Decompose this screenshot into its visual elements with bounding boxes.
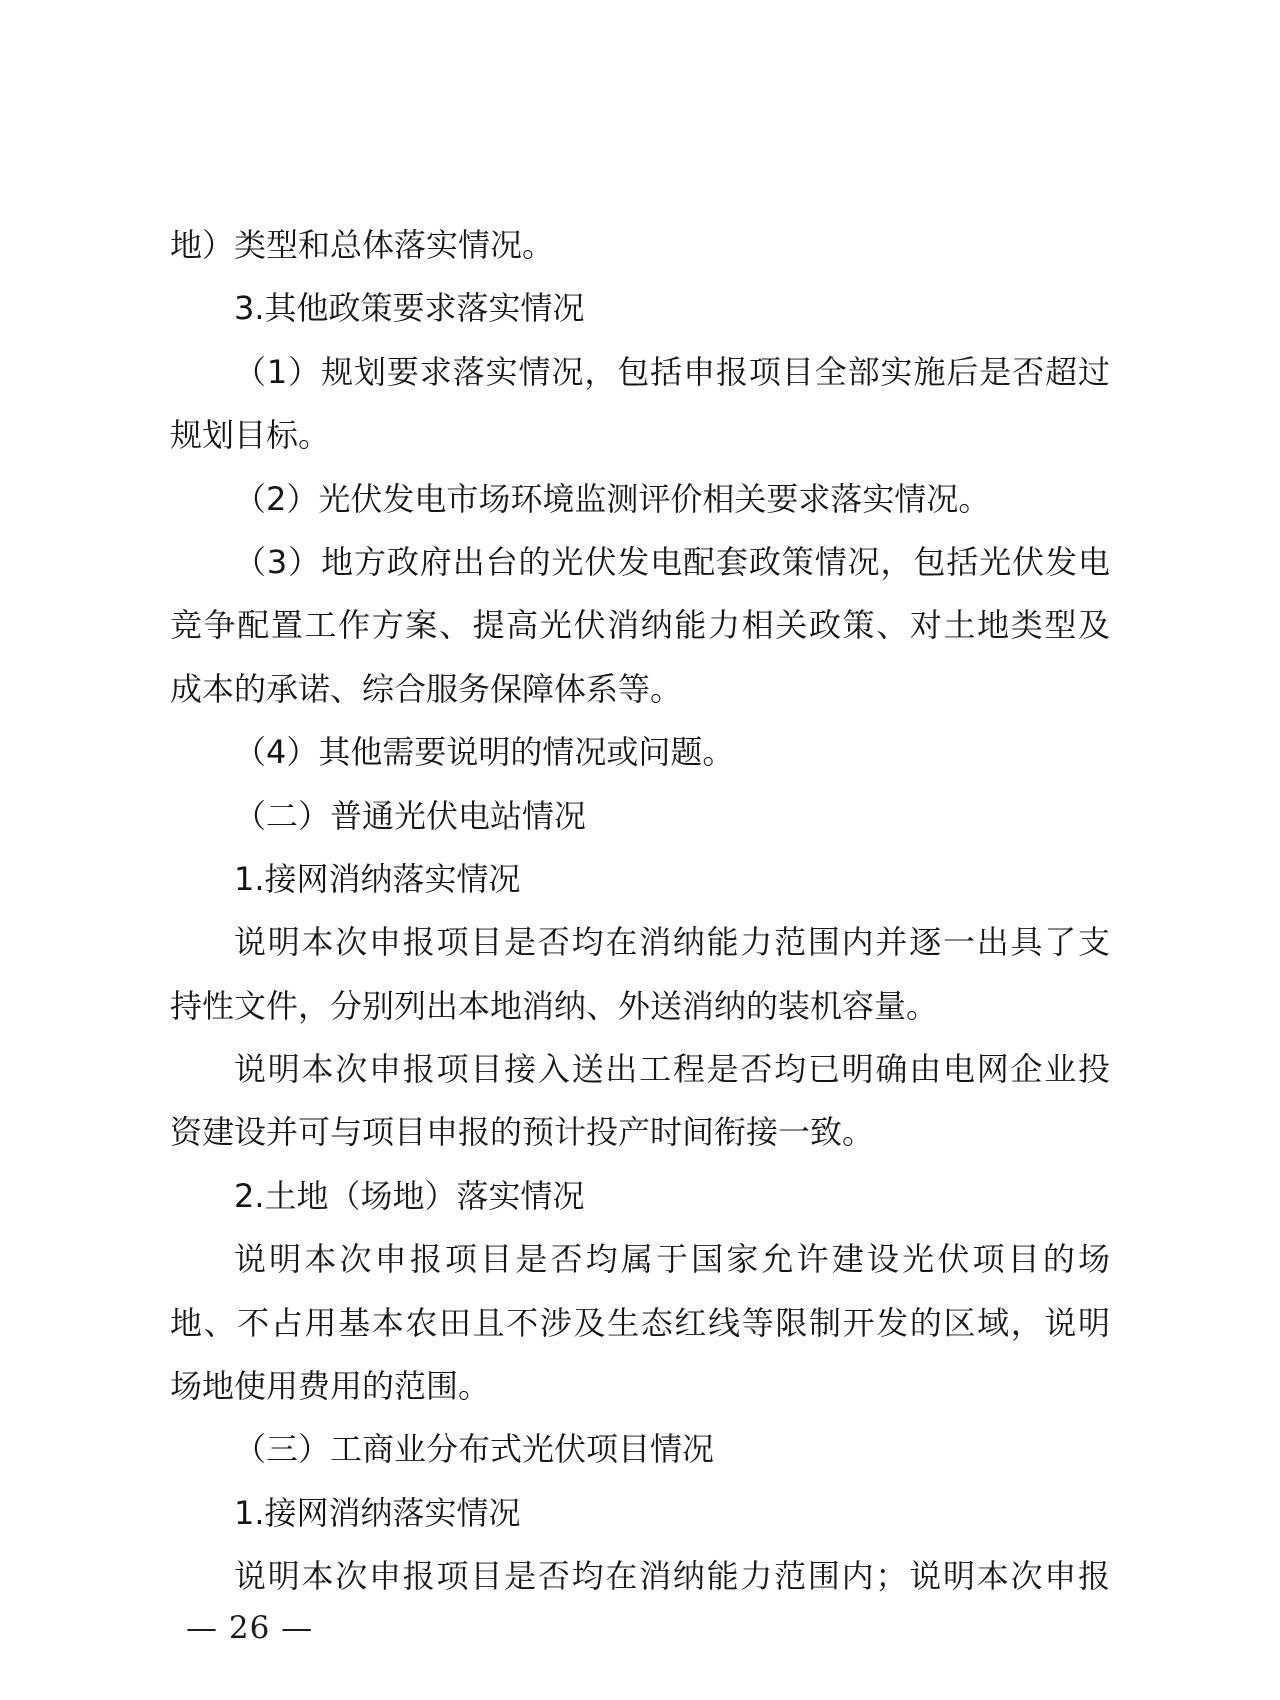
text-line: 3.其他政策要求落实情况	[170, 277, 1110, 340]
text-line: 成本的承诺、综合服务保障体系等。	[170, 658, 1110, 721]
text-line: 地、不占用基本农田且不涉及生态红线等限制开发的区域，说明	[170, 1292, 1110, 1355]
text-line: 说明本次申报项目是否均在消纳能力范围内并逐一出具了支	[170, 911, 1110, 974]
text-line: 说明本次申报项目是否均在消纳能力范围内；说明本次申报	[170, 1545, 1110, 1608]
text-line: 2.土地（场地）落实情况	[170, 1165, 1110, 1228]
text-line: 说明本次申报项目是否均属于国家允许建设光伏项目的场	[170, 1228, 1110, 1291]
page-number: — 26 —	[186, 1610, 313, 1646]
text-line: 竞争配置工作方案、提高光伏消纳能力相关政策、对土地类型及	[170, 594, 1110, 657]
text-line: 地）类型和总体落实情况。	[170, 214, 1110, 277]
document-body: 地）类型和总体落实情况。3.其他政策要求落实情况（1）规划要求落实情况，包括申报…	[170, 214, 1110, 1609]
text-line: 1.接网消纳落实情况	[170, 848, 1110, 911]
text-line: （4）其他需要说明的情况或问题。	[170, 721, 1110, 784]
text-line: （二）普通光伏电站情况	[170, 785, 1110, 848]
text-line: 1.接网消纳落实情况	[170, 1482, 1110, 1545]
text-line: （1）规划要求落实情况，包括申报项目全部实施后是否超过	[170, 341, 1110, 404]
text-line: （3）地方政府出台的光伏发电配套政策情况，包括光伏发电	[170, 531, 1110, 594]
text-line: 说明本次申报项目接入送出工程是否均已明确由电网企业投	[170, 1038, 1110, 1101]
text-line: （2）光伏发电市场环境监测评价相关要求落实情况。	[170, 468, 1110, 531]
document-page: 地）类型和总体落实情况。3.其他政策要求落实情况（1）规划要求落实情况，包括申报…	[0, 0, 1280, 1700]
text-line: （三）工商业分布式光伏项目情况	[170, 1418, 1110, 1481]
text-line: 规划目标。	[170, 404, 1110, 467]
text-line: 持性文件，分别列出本地消纳、外送消纳的装机容量。	[170, 975, 1110, 1038]
text-line: 资建设并可与项目申报的预计投产时间衔接一致。	[170, 1101, 1110, 1164]
text-line: 场地使用费用的范围。	[170, 1355, 1110, 1418]
